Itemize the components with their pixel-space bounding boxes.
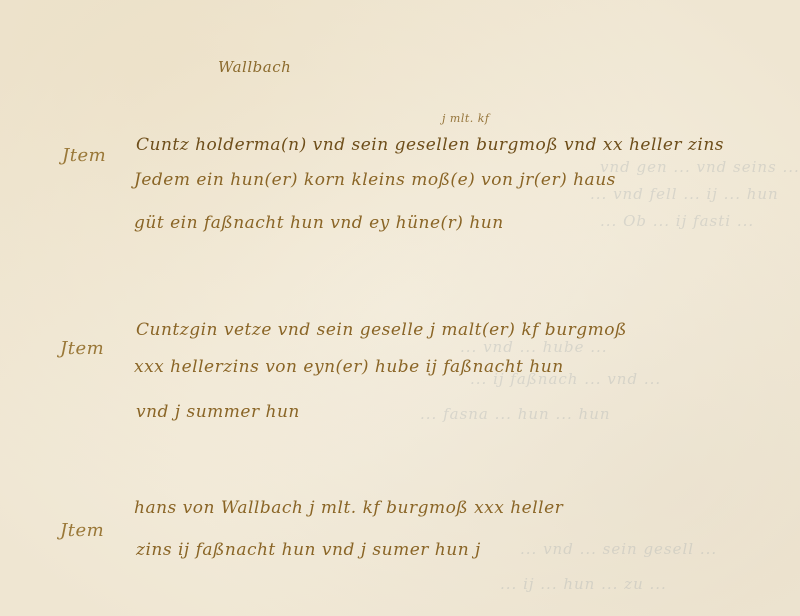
margin-mark: Jtem	[60, 520, 104, 541]
interlinear-insertion: j mlt. kf	[442, 112, 490, 125]
showthrough-text: ... vnd ... hube ...	[460, 338, 608, 356]
manuscript-line: vnd j summer hun	[136, 402, 300, 422]
manuscript-line: zins ij faßnacht hun vnd j sumer hun j	[136, 540, 481, 560]
manuscript-line: xxx hellerzins von eyn(er) hube ij faßna…	[134, 357, 564, 377]
manuscript-page: vnd gen ... vnd seins ... ... vnd fell .…	[0, 0, 800, 616]
page-heading: Wallbach	[218, 58, 291, 76]
margin-mark: Jtem	[62, 145, 106, 166]
manuscript-line: güt ein faßnacht hun vnd ey hüne(r) hun	[134, 213, 504, 233]
showthrough-text: ... ij ... hun ... zu ...	[500, 575, 667, 593]
manuscript-line: Cuntzgin vetze vnd sein geselle j malt(e…	[136, 320, 627, 340]
showthrough-text: ... fasna ... hun ... hun	[420, 405, 611, 423]
margin-mark: Jtem	[60, 338, 104, 359]
showthrough-text: ... vnd fell ... ij ... hun	[590, 185, 779, 203]
manuscript-line: hans von Wallbach j mlt. kf burgmoß xxx …	[134, 498, 563, 518]
manuscript-line: Cuntz holderma(n) vnd sein gesellen burg…	[136, 135, 724, 155]
manuscript-line: Jedem ein hun(er) korn kleins moß(e) von…	[134, 170, 616, 190]
showthrough-text: ... vnd ... sein gesell ...	[520, 540, 717, 558]
showthrough-text: ... Ob ... ij fasti ...	[600, 212, 754, 230]
showthrough-text: vnd gen ... vnd seins ...	[600, 158, 800, 176]
